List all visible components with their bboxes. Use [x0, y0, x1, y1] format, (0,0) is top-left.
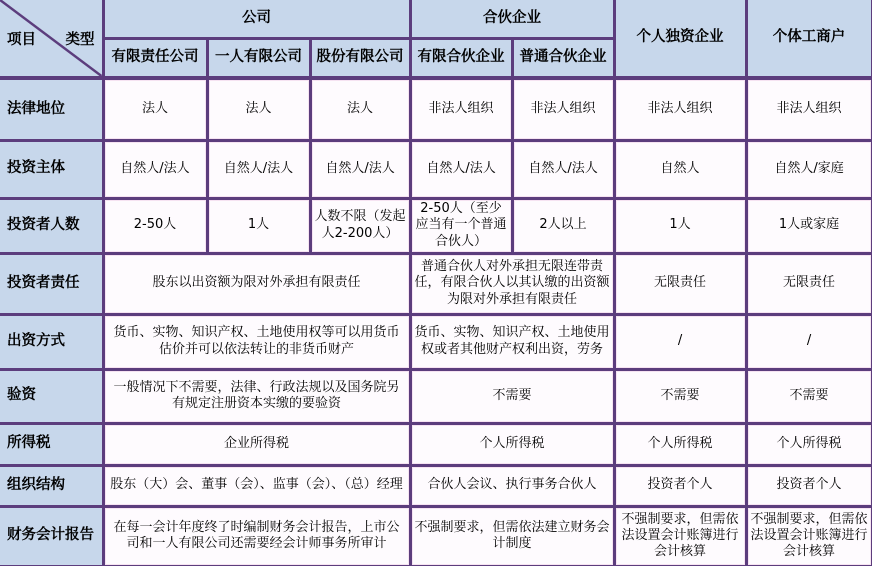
header-row-groups: 项目 类型 公司 合伙企业 个人独资企业 个体工商户: [0, 0, 872, 38]
entity-comparison-table-page: 项目 类型 公司 合伙企业 个人独资企业 个体工商户 有限责任公司 一人有限公司…: [0, 0, 872, 566]
row-label: 法律地位: [0, 78, 103, 140]
table-row-capital-verification: 验资 一般情况下不需要，法律、行政法规以及国务院另有规定注册资本实缴的要验资 不…: [0, 369, 872, 423]
table-row-organization-structure: 组织结构 股东（大）会、董事（会）、监事（会）、（总）经理 合伙人会议、执行事务…: [0, 465, 872, 506]
table-cell: 不强制要求，但需依法设置会计账簿进行会计核算: [614, 506, 746, 566]
table-cell: 不强制要求，但需依法设置会计账簿进行会计核算: [746, 506, 872, 566]
table-cell: 不强制要求，但需依法建立财务会计制度: [410, 506, 614, 566]
group-header-company: 公司: [103, 0, 410, 38]
table-cell: 非法人组织: [512, 78, 614, 140]
table-cell: 非法人组织: [614, 78, 746, 140]
table-cell: 股东（大）会、董事（会）、监事（会）、（总）经理: [103, 465, 410, 506]
sub-header-limited-partnership: 有限合伙企业: [410, 38, 512, 78]
table-cell: 1人: [207, 198, 310, 253]
table-cell: /: [746, 314, 872, 369]
table-cell: 2-50人: [103, 198, 207, 253]
table-cell: 非法人组织: [410, 78, 512, 140]
table-row-investor-liability: 投资者责任 股东以出资额为限对外承担有限责任 普通合伙人对外承担无限连带责任，有…: [0, 253, 872, 314]
sub-header-limited-liability-company: 有限责任公司: [103, 38, 207, 78]
group-header-sole-proprietorship: 个人独资企业: [614, 0, 746, 78]
corner-row-axis-label: 项目: [7, 28, 36, 49]
table-cell: 一般情况下不需要，法律、行政法规以及国务院另有规定注册资本实缴的要验资: [103, 369, 410, 423]
table-cell: 个人所得税: [746, 423, 872, 465]
table-cell: 企业所得税: [103, 423, 410, 465]
entity-comparison-table: 项目 类型 公司 合伙企业 个人独资企业 个体工商户 有限责任公司 一人有限公司…: [0, 0, 872, 566]
row-label: 出资方式: [0, 314, 103, 369]
table-cell: 股东以出资额为限对外承担有限责任: [103, 253, 410, 314]
table-cell: 1人或家庭: [746, 198, 872, 253]
table-cell: 人数不限（发起人2-200人）: [310, 198, 410, 253]
table-cell: /: [614, 314, 746, 369]
table-cell: 无限责任: [614, 253, 746, 314]
corner-diagonal-cell: 项目 类型: [0, 0, 103, 78]
table-cell: 普通合伙人对外承担无限连带责任，有限合伙人以其认缴的出资额为限对外承担有限责任: [410, 253, 614, 314]
row-label: 投资者责任: [0, 253, 103, 314]
table-cell: 非法人组织: [746, 78, 872, 140]
row-label: 财务会计报告: [0, 506, 103, 566]
group-header-partnership: 合伙企业: [410, 0, 614, 38]
table-cell: 不需要: [614, 369, 746, 423]
table-cell: 投资者个人: [746, 465, 872, 506]
corner-col-axis-label: 类型: [66, 28, 95, 49]
row-label: 投资者人数: [0, 198, 103, 253]
table-cell: 自然人/法人: [310, 140, 410, 198]
table-cell: 2-50人（至少应当有一个普通合伙人）: [410, 198, 512, 253]
table-cell: 自然人/家庭: [746, 140, 872, 198]
row-label: 所得税: [0, 423, 103, 465]
table-row-investor-type: 投资主体 自然人/法人 自然人/法人 自然人/法人 自然人/法人 自然人/法人 …: [0, 140, 872, 198]
table-cell: 自然人/法人: [512, 140, 614, 198]
table-cell: 不需要: [410, 369, 614, 423]
table-cell: 2人以上: [512, 198, 614, 253]
table-cell: 自然人/法人: [207, 140, 310, 198]
sub-header-joint-stock-company: 股份有限公司: [310, 38, 410, 78]
table-cell: 个人所得税: [614, 423, 746, 465]
table-cell: 1人: [614, 198, 746, 253]
row-label: 投资主体: [0, 140, 103, 198]
table-cell: 法人: [310, 78, 410, 140]
table-cell: 个人所得税: [410, 423, 614, 465]
table-cell: 法人: [103, 78, 207, 140]
table-cell: 合伙人会议、执行事务合伙人: [410, 465, 614, 506]
table-row-financial-accounting-report: 财务会计报告 在每一会计年度终了时编制财务会计报告，上市公司和一人有限公司还需要…: [0, 506, 872, 566]
table-cell: 货币、实物、知识产权、土地使用权等可以用货币估价并可以依法转让的非货币财产: [103, 314, 410, 369]
table-cell: 在每一会计年度终了时编制财务会计报告，上市公司和一人有限公司还需要经会计师事务所…: [103, 506, 410, 566]
table-cell: 自然人/法人: [103, 140, 207, 198]
table-row-investor-count: 投资者人数 2-50人 1人 人数不限（发起人2-200人） 2-50人（至少应…: [0, 198, 872, 253]
table-cell: 自然人: [614, 140, 746, 198]
table-cell: 投资者个人: [614, 465, 746, 506]
row-label: 验资: [0, 369, 103, 423]
table-row-income-tax: 所得税 企业所得税 个人所得税 个人所得税 个人所得税: [0, 423, 872, 465]
table-cell: 法人: [207, 78, 310, 140]
table-cell: 无限责任: [746, 253, 872, 314]
sub-header-general-partnership: 普通合伙企业: [512, 38, 614, 78]
table-cell: 自然人/法人: [410, 140, 512, 198]
sub-header-one-person-company: 一人有限公司: [207, 38, 310, 78]
table-cell: 货币、实物、知识产权、土地使用权或者其他财产权利出资，劳务: [410, 314, 614, 369]
table-row-capital-contribution: 出资方式 货币、实物、知识产权、土地使用权等可以用货币估价并可以依法转让的非货币…: [0, 314, 872, 369]
table-cell: 不需要: [746, 369, 872, 423]
row-label: 组织结构: [0, 465, 103, 506]
table-row-legal-status: 法律地位 法人 法人 法人 非法人组织 非法人组织 非法人组织 非法人组织: [0, 78, 872, 140]
group-header-individual-business: 个体工商户: [746, 0, 872, 78]
